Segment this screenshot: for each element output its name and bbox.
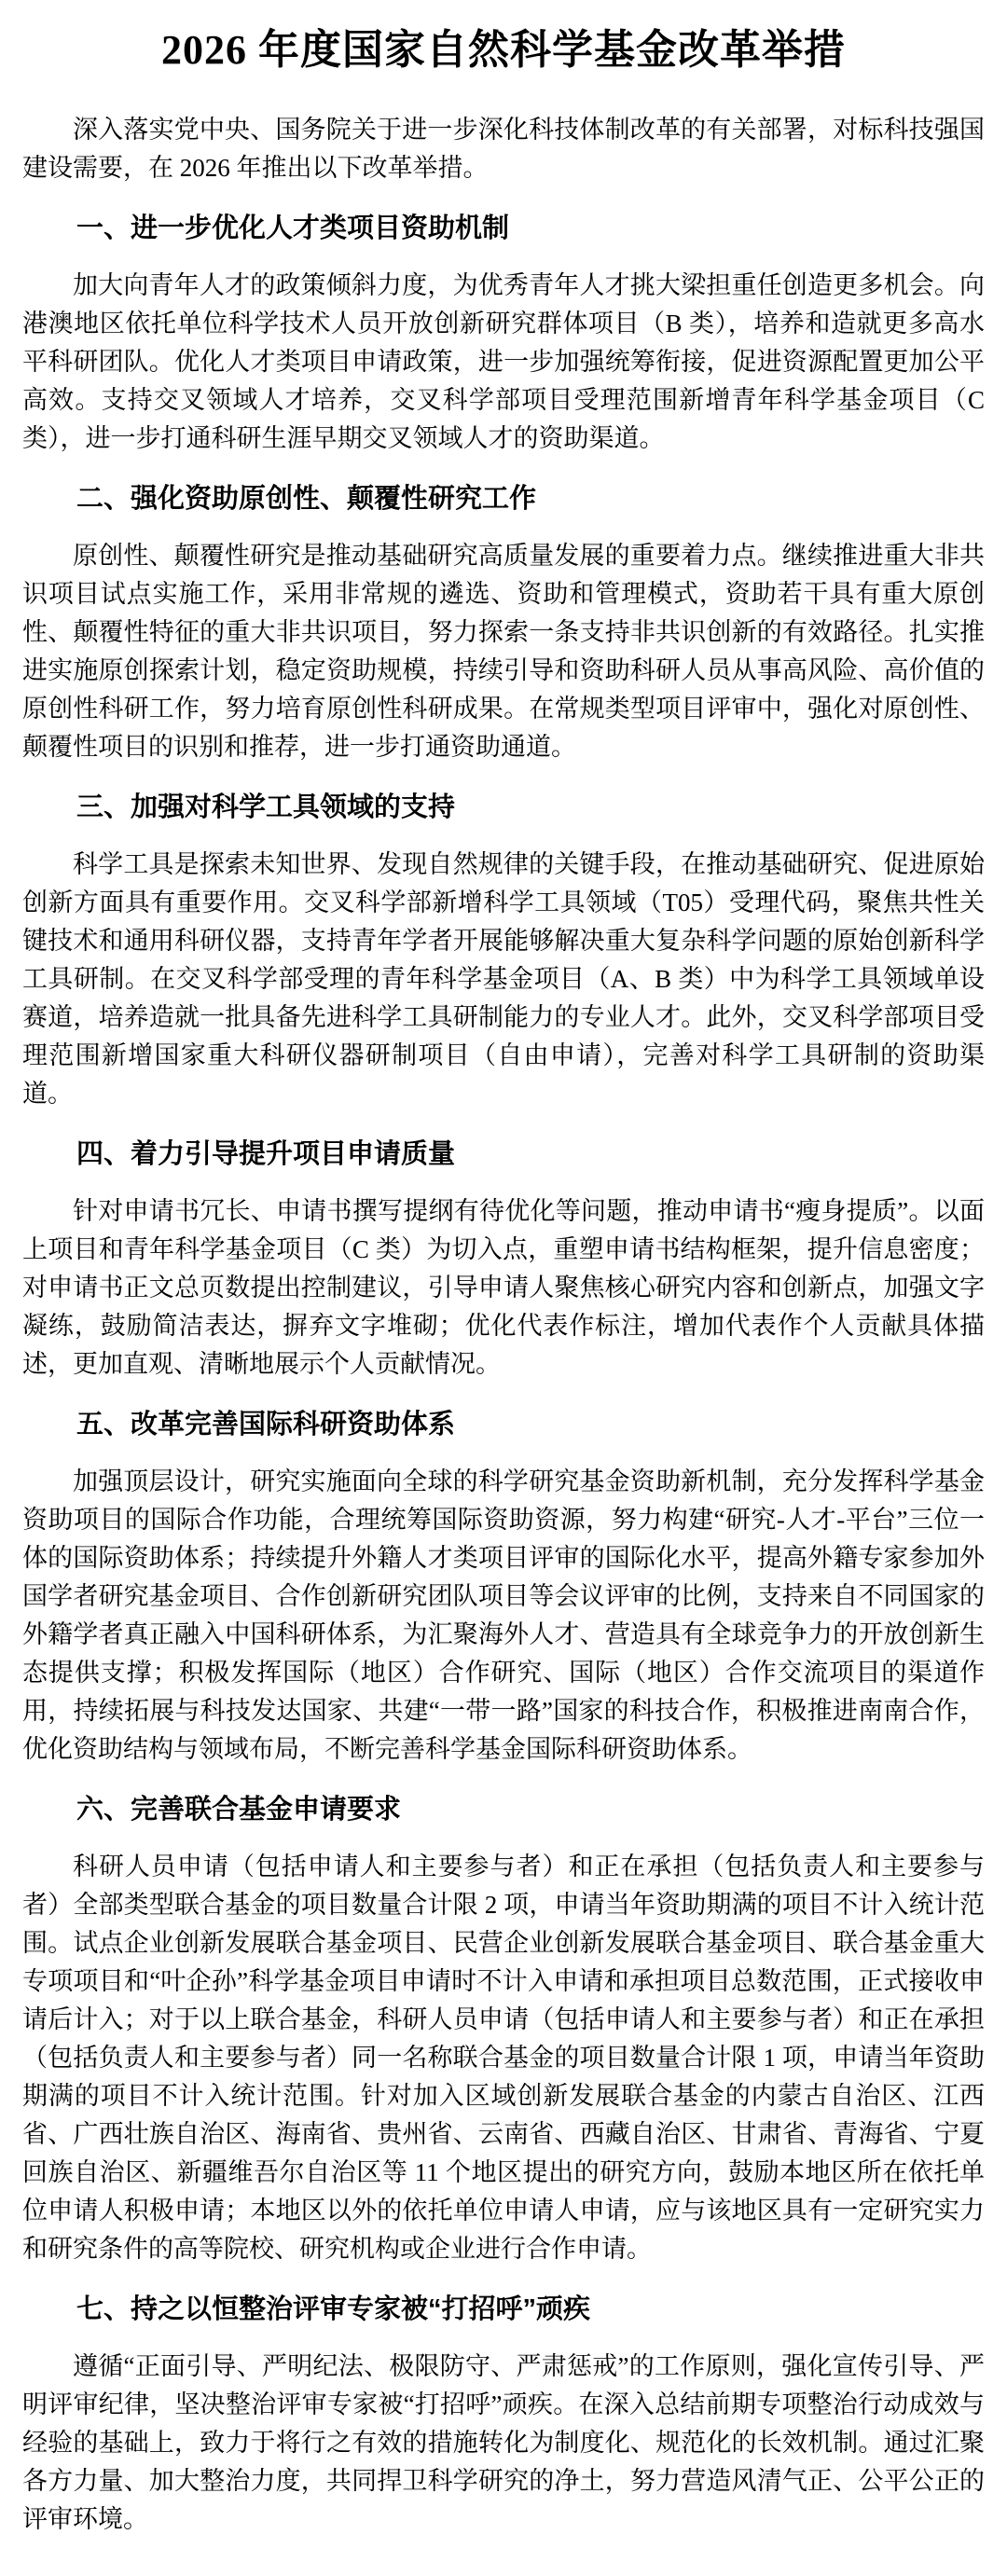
document-title: 2026 年度国家自然科学基金改革举措 — [22, 24, 985, 76]
section-3-heading: 三、加强对科学工具领域的支持 — [22, 789, 985, 827]
document-page: 2026 年度国家自然科学基金改革举措 深入落实党中央、国务院关于进一步深化科技… — [0, 0, 1007, 2576]
section-1-heading: 一、进一步优化人才类项目资助机制 — [22, 210, 985, 248]
section-3-paragraph: 科学工具是探索未知世界、发现自然规律的关键手段，在推动基础研究、促进原始创新方面… — [22, 846, 985, 1113]
section-7-heading: 七、持之以恒整治评审专家被“打招呼”顽疾 — [22, 2291, 985, 2329]
section-5-paragraph: 加强顶层设计，研究实施面向全球的科学研究基金资助新机制，充分发挥科学基金资助项目… — [22, 1463, 985, 1769]
section-2-paragraph: 原创性、颠覆性研究是推动基础研究高质量发展的重要着力点。继续推进重大非共识项目试… — [22, 537, 985, 766]
section-7-paragraph: 遵循“正面引导、严明纪法、极限防守、严肃惩戒”的工作原则，强化宣传引导、严明评审… — [22, 2348, 985, 2539]
intro-paragraph: 深入落实党中央、国务院关于进一步深化科技体制改革的有关部署，对标科技强国建设需要… — [22, 111, 985, 187]
section-6-heading: 六、完善联合基金申请要求 — [22, 1791, 985, 1829]
section-5-heading: 五、改革完善国际科研资助体系 — [22, 1406, 985, 1444]
section-4-paragraph: 针对申请书冗长、申请书撰写提纲有待优化等问题，推动申请书“瘦身提质”。以面上项目… — [22, 1192, 985, 1384]
section-1-paragraph: 加大向青年人才的政策倾斜力度，为优秀青年人才挑大梁担重任创造更多机会。向港澳地区… — [22, 267, 985, 458]
section-4-heading: 四、着力引导提升项目申请质量 — [22, 1136, 985, 1174]
section-6-paragraph: 科研人员申请（包括申请人和主要参与者）和正在承担（包括负责人和主要参与者）全部类… — [22, 1848, 985, 2268]
section-2-heading: 二、强化资助原创性、颠覆性研究工作 — [22, 480, 985, 518]
